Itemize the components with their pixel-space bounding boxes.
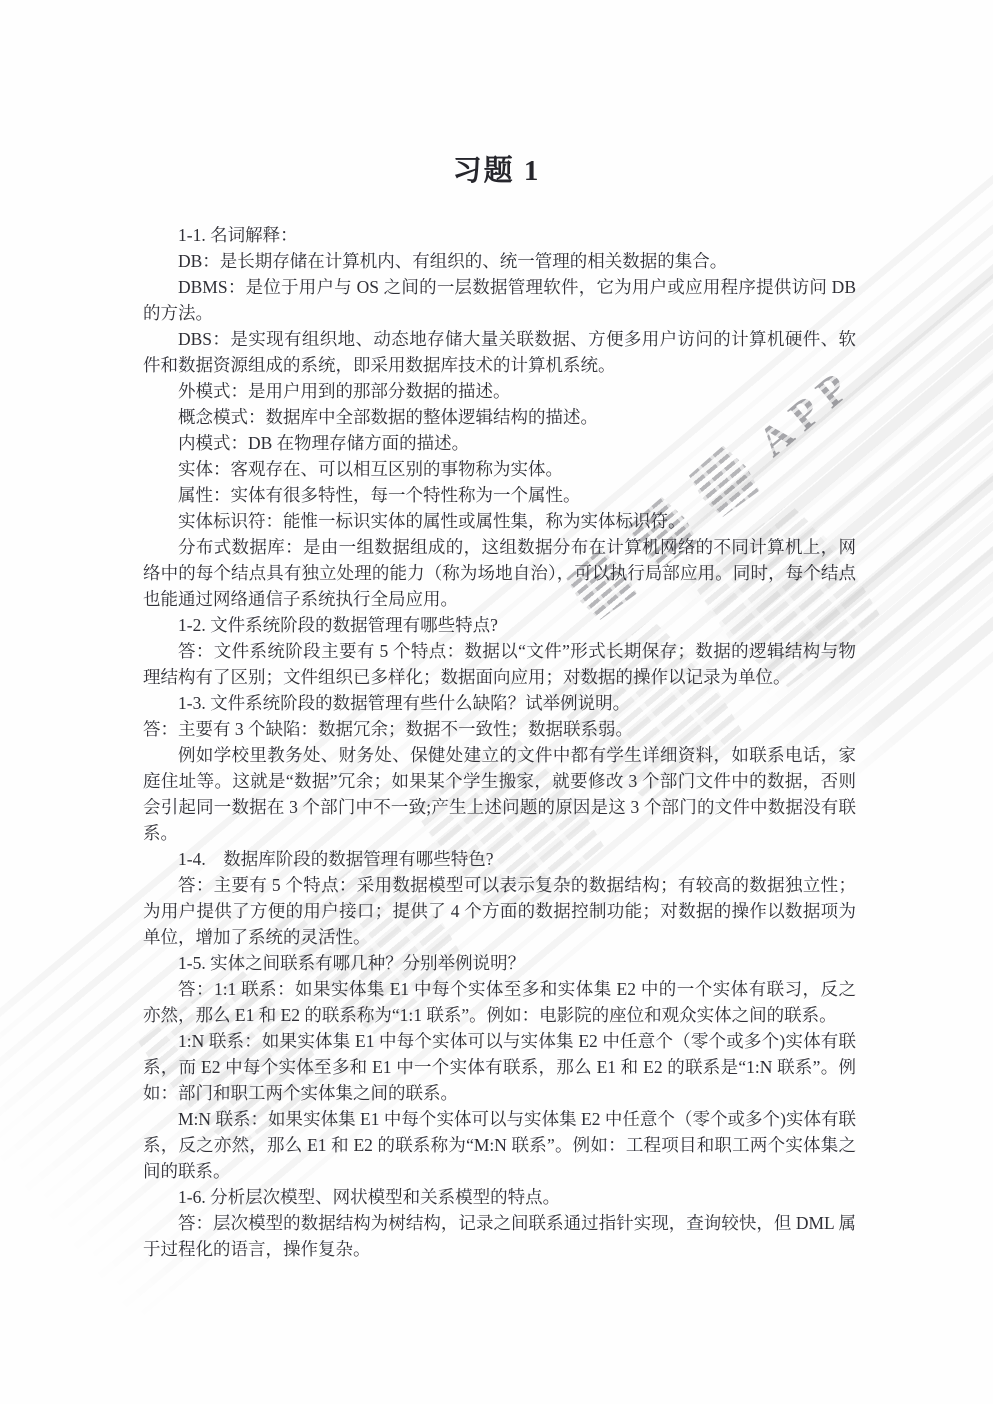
paragraph: 答：层次模型的数据结构为树结构，记录之间联系通过指针实现，查询较快，但 DML … [143,1210,856,1262]
paragraph: 例如学校里教务处、财务处、保健处建立的文件中都有学生详细资料，如联系电话，家庭住… [143,742,856,846]
document-body: 1-1. 名词解释： DB：是长期存储在计算机内、有组织的、统一管理的相关数据的… [143,222,856,1262]
paragraph: 外模式：是用户用到的那部分数据的描述。 [143,378,856,404]
paragraph: DBMS：是位于用户与 OS 之间的一层数据管理软件，它为用户或应用程序提供访问… [143,274,856,326]
page-title: 习题 1 [0,148,993,189]
paragraph: 概念模式：数据库中全部数据的整体逻辑结构的描述。 [143,404,856,430]
paragraph: 1-3. 文件系统阶段的数据管理有些什么缺陷？试举例说明。 [143,690,856,716]
paragraph: 内模式：DB 在物理存储方面的描述。 [143,430,856,456]
paragraph: 1-5. 实体之间联系有哪几种？分别举例说明？ [143,950,856,976]
paragraph: DBS：是实现有组织地、动态地存储大量关联数据、方便多用户访问的计算机硬件、软件… [143,326,856,378]
paragraph: 实体标识符：能惟一标识实体的属性或属性集，称为实体标识符。 [143,508,856,534]
paragraph: 1-4. 数据库阶段的数据管理有哪些特色? [143,846,856,872]
paragraph: 实体：客观存在、可以相互区别的事物称为实体。 [143,456,856,482]
paragraph: 1-2. 文件系统阶段的数据管理有哪些特点? [143,612,856,638]
paragraph: 分布式数据库：是由一组数据组成的，这组数据分布在计算机网络的不同计算机上，网络中… [143,534,856,612]
paragraph: 答：1:1 联系：如果实体集 E1 中每个实体至多和实体集 E2 中的一个实体有… [143,976,856,1028]
paragraph: 属性：实体有很多特性，每一个特性称为一个属性。 [143,482,856,508]
scanned-document-page: APP 习题 1 1-1. 名词解释： DB：是长期存储在计算机内、有组织的、统… [0,0,993,1404]
paragraph: DB：是长期存储在计算机内、有组织的、统一管理的相关数据的集合。 [143,248,856,274]
paragraph: 答：文件系统阶段主要有 5 个特点：数据以“文件”形式长期保存；数据的逻辑结构与… [143,638,856,690]
paragraph: 1:N 联系：如果实体集 E1 中每个实体可以与实体集 E2 中任意个（零个或多… [143,1028,856,1106]
paragraph: 1-1. 名词解释： [143,222,856,248]
paragraph: M:N 联系：如果实体集 E1 中每个实体可以与实体集 E2 中任意个（零个或多… [143,1106,856,1184]
paragraph: 答：主要有 5 个特点：采用数据模型可以表示复杂的数据结构；有较高的数据独立性；… [143,872,856,950]
paragraph: 1-6. 分析层次模型、网状模型和关系模型的特点。 [143,1184,856,1210]
paragraph: 答：主要有 3 个缺陷：数据冗余；数据不一致性；数据联系弱。 [143,716,856,742]
